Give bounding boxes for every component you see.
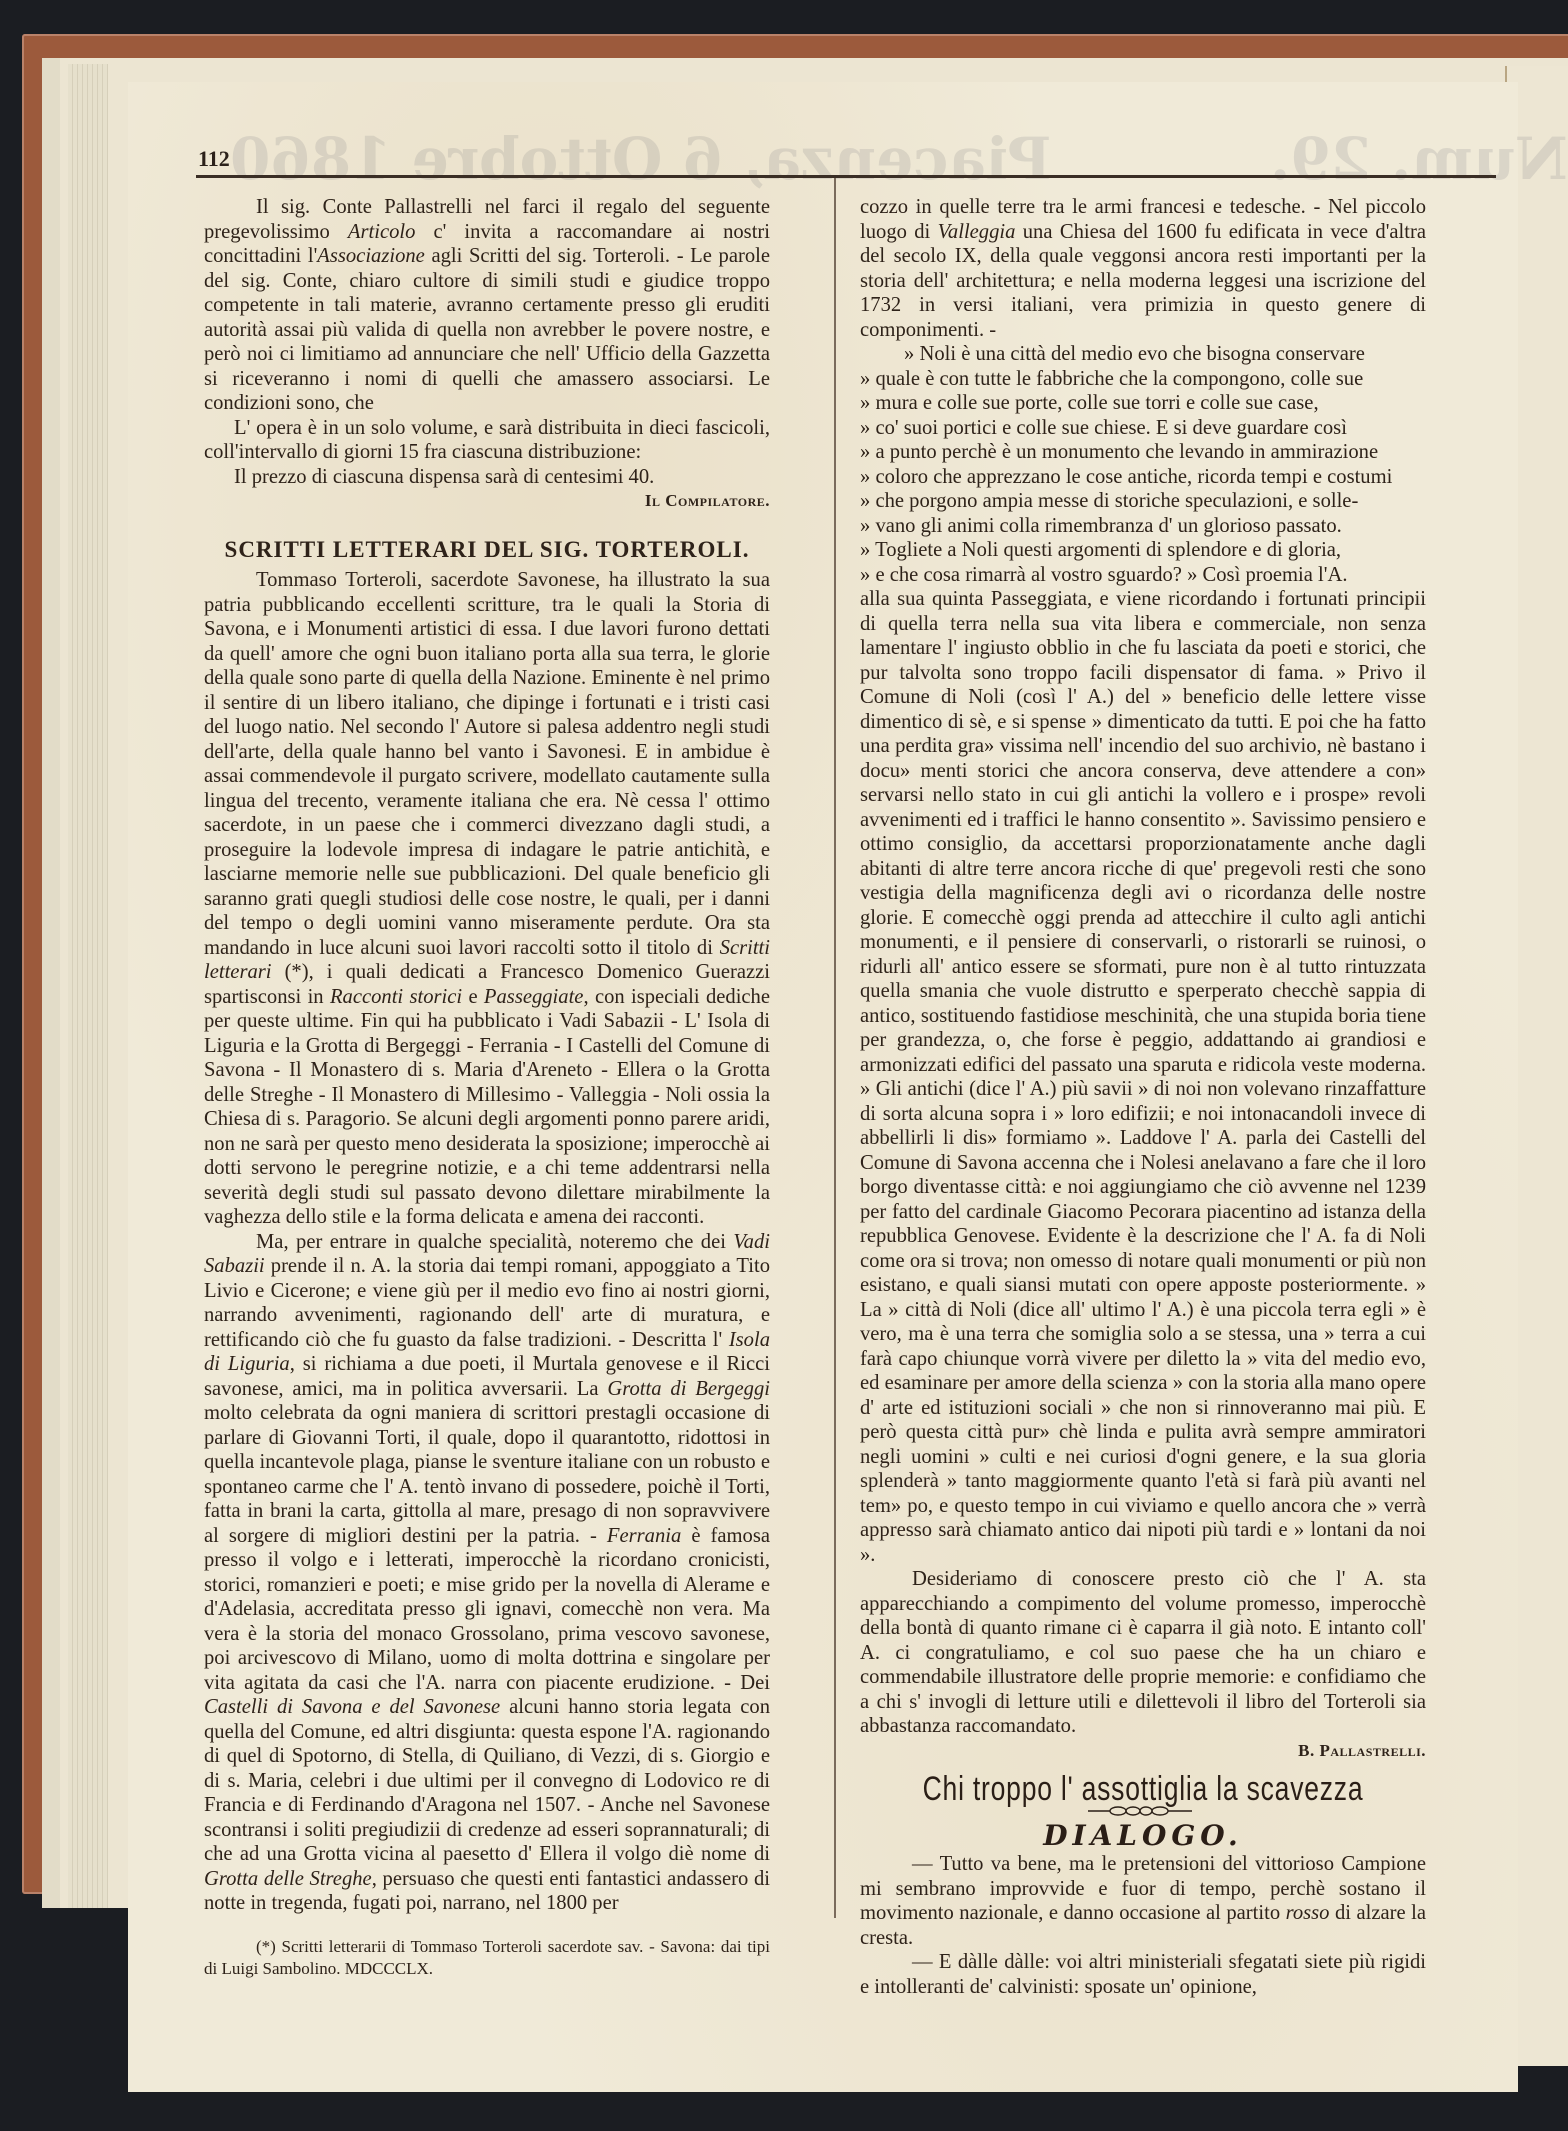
quote-line: » vano gli animi colla rimembranza d' un… (860, 514, 1426, 539)
header-rule (196, 175, 1496, 178)
left-column: Il sig. Conte Pallastrelli nel farci il … (204, 195, 770, 1980)
dialogue-line-1: — Tutto va bene, ma le pretensioni del v… (860, 1852, 1426, 1950)
author-signature: B. Pallastrelli. (860, 1739, 1426, 1764)
intro-paragraph: Il sig. Conte Pallastrelli nel farci il … (204, 195, 770, 416)
quote-line: » co' suoi portici e colle sue chiese. E… (860, 416, 1426, 441)
background-surface (0, 2098, 1568, 2131)
column-divider (834, 178, 836, 1918)
compiler-signature: Il Compilatore. (204, 489, 770, 514)
conditions-volume: L' opera è in un solo volume, e sarà dis… (204, 416, 770, 465)
article-paragraph-1: Tommaso Torteroli, sacerdote Savonese, h… (204, 568, 770, 1230)
quote-line: » Togliete a Noli questi argomenti di sp… (860, 538, 1426, 563)
dialogue-subtitle: DIALOGO. (860, 1824, 1426, 1849)
conditions-price: Il prezzo di ciascuna dispensa sarà di c… (204, 465, 770, 490)
bleed-through-issue-number: Num. 29. (1270, 125, 1568, 193)
quote-line: » coloro che apprezzano le cose antiche,… (860, 465, 1426, 490)
right-column: cozzo in quelle terre tra le armi france… (860, 195, 1426, 1999)
quote-line: » che porgono ampia messe di storiche sp… (860, 489, 1426, 514)
quote-line: » a punto perchè è un monumento che leva… (860, 440, 1426, 465)
article-title: SCRITTI LETTERARI DEL SIG. TORTEROLI. (204, 538, 770, 563)
closing-paragraph: Desideriamo di conoscere presto ciò che … (860, 1567, 1426, 1739)
footnote-text: (*) Scritti letterarii di Tommaso Torter… (204, 1936, 770, 1980)
quote-line: » e che cosa rimarrà al vostro sguardo? … (860, 563, 1426, 588)
article-paragraph-2: Ma, per entrare in qualche specialità, n… (204, 1230, 770, 1916)
continued-paragraph: cozzo in quelle terre tra le armi france… (860, 195, 1426, 342)
dialogue-heading: Chi troppo l' assottiglia la scavezza (922, 1777, 1363, 1802)
dialogue-line-2: — E dàlle dàlle: voi altri ministeriali … (860, 1950, 1426, 1999)
noli-quote: » Noli è una città del medio evo che bis… (860, 342, 1426, 587)
footnote: (*) Scritti letterarii di Tommaso Torter… (204, 1936, 770, 1980)
quote-line: » Noli è una città del medio evo che bis… (860, 342, 1426, 367)
quote-line: » quale è con tutte le fabbriche che la … (860, 367, 1426, 392)
quote-line: » mura e colle sue porte, colle sue torr… (860, 391, 1426, 416)
article-continuation: alla sua quinta Passeggiata, e viene ric… (860, 587, 1426, 1567)
page-number: 112 (198, 146, 230, 172)
bleed-through-dateline: Piacenza, 6 Ottobre 1860 (230, 125, 1052, 193)
